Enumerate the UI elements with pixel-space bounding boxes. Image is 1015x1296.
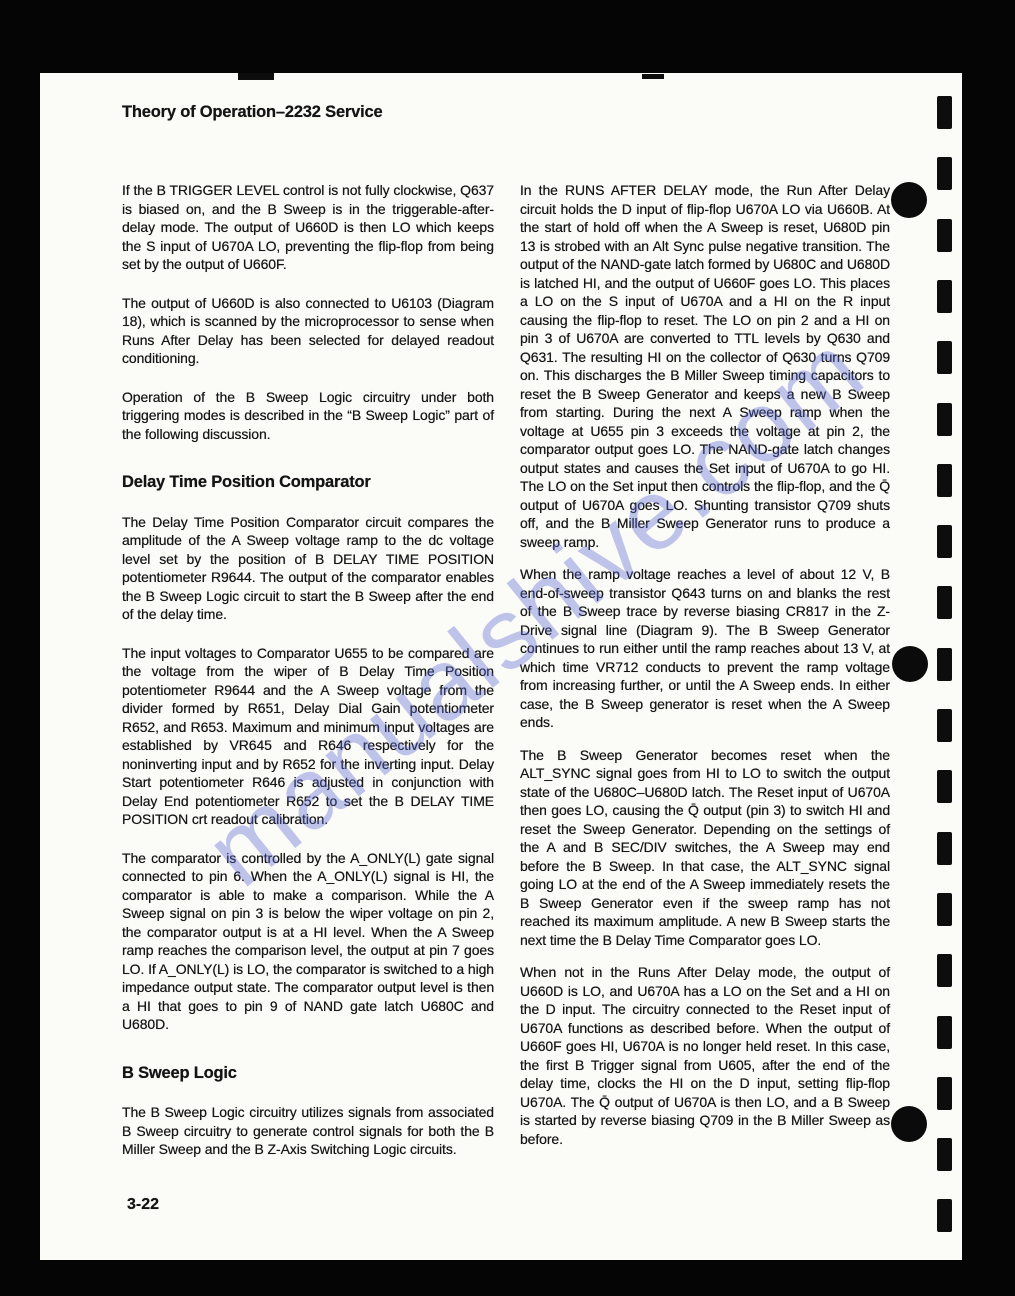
punch-hole [892, 646, 928, 682]
binding-mark [937, 280, 952, 313]
binding-mark [937, 403, 952, 436]
body-paragraph: When the ramp voltage reaches a level of… [520, 565, 890, 732]
binding-mark [937, 709, 952, 742]
binding-mark [937, 954, 952, 987]
body-paragraph: The Delay Time Position Comparator circu… [122, 513, 494, 624]
scan-artifact [238, 73, 274, 80]
body-paragraph: The B Sweep Generator becomes reset when… [520, 746, 890, 950]
body-paragraph: If the B TRIGGER LEVEL control is not fu… [122, 181, 494, 274]
binding-mark [937, 893, 952, 926]
scan-artifact [642, 74, 664, 79]
body-paragraph: When not in the Runs After Delay mode, t… [520, 963, 890, 1148]
punch-hole [891, 1106, 927, 1142]
binding-mark [937, 1199, 952, 1232]
section-heading-b-sweep-logic: B Sweep Logic [122, 1064, 494, 1083]
page-header: Theory of Operation–2232 Service [122, 103, 382, 122]
binding-mark [937, 157, 952, 190]
binding-mark [937, 1077, 952, 1110]
binding-mark [937, 525, 952, 558]
binding-mark [937, 341, 952, 374]
body-paragraph: In the RUNS AFTER DELAY mode, the Run Af… [520, 181, 890, 551]
binding-mark [937, 219, 952, 252]
binding-mark [937, 832, 952, 865]
body-paragraph: The output of U660D is also connected to… [122, 294, 494, 368]
punch-hole [891, 182, 927, 218]
right-column: In the RUNS AFTER DELAY mode, the Run Af… [520, 181, 890, 1162]
body-paragraph: Operation of the B Sweep Logic circuitry… [122, 388, 494, 444]
body-paragraph: The B Sweep Logic circuitry utilizes sig… [122, 1103, 494, 1159]
left-column: If the B TRIGGER LEVEL control is not fu… [122, 181, 494, 1179]
page-number: 3-22 [127, 1196, 159, 1214]
body-paragraph: The comparator is controlled by the A_ON… [122, 849, 494, 1034]
binding-mark [937, 464, 952, 497]
binding-mark [937, 96, 952, 129]
body-paragraph: The input voltages to Comparator U655 to… [122, 644, 494, 829]
binding-mark [937, 648, 952, 681]
section-heading-delay-time-position-comparator: Delay Time Position Comparator [122, 473, 494, 492]
binding-mark [937, 770, 952, 803]
binding-mark [937, 1138, 952, 1171]
binding-mark [937, 586, 952, 619]
binding-mark [937, 1016, 952, 1049]
scanned-page: Theory of Operation–2232 Service If the … [0, 0, 1015, 1296]
